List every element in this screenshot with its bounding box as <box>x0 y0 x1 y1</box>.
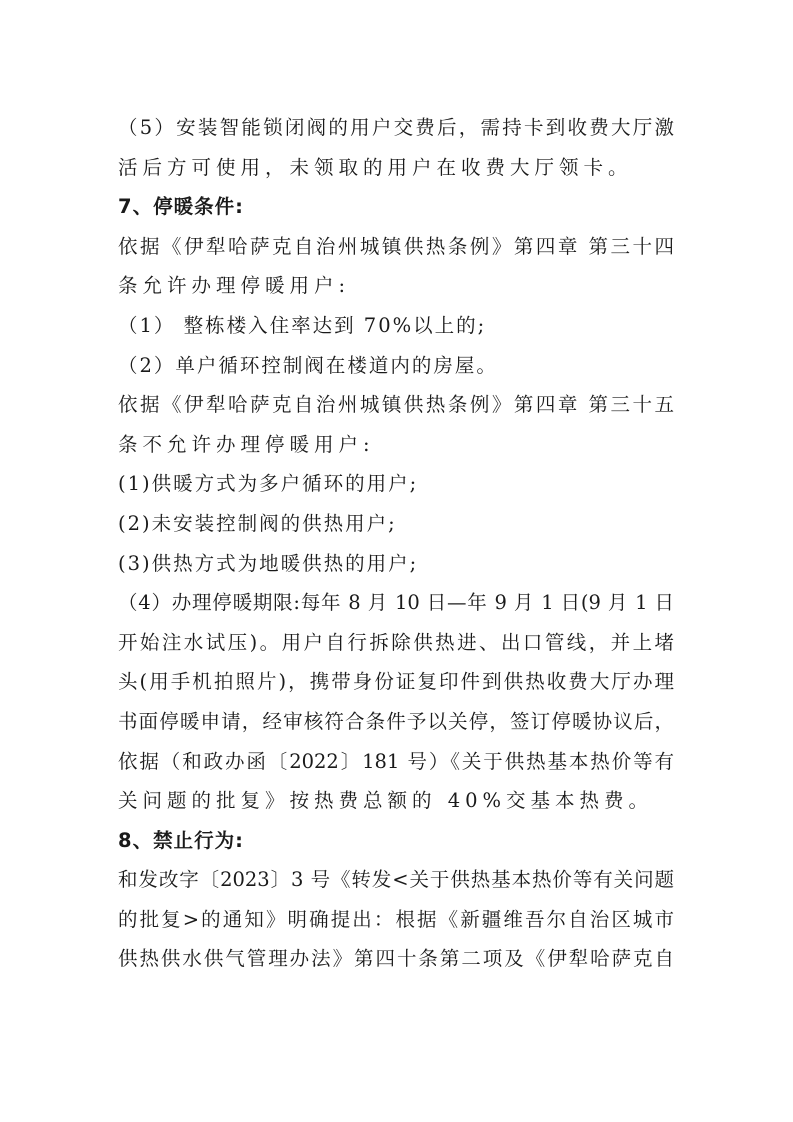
list-item: (2)未安装控制阀的供热用户; <box>118 504 674 544</box>
section-heading-heating-stop-conditions: 7、停暖条件: <box>118 187 674 227</box>
text-line: 依据（和政办函〔2022〕181 号）《关于供热基本热价等有 <box>118 742 674 782</box>
text-line: 依据《伊犁哈萨克自治州城镇供热条例》第四章 第三十五 <box>118 385 674 425</box>
text-line: 开始注水试压)。用户自行拆除供热进、出口管线，并上堵 <box>118 623 674 663</box>
text-line: 供热供水供气管理办法》第四十条第二项及《伊犁哈萨克自 <box>118 939 674 979</box>
list-item: (3)供热方式为地暖供热的用户; <box>118 544 674 584</box>
text-line: （5）安装智能锁闭阀的用户交费后，需持卡到收费大厅激 <box>118 108 674 148</box>
text-line: 条不允许办理停暖用户: <box>118 425 674 465</box>
section-heading-prohibited-behavior: 8、禁止行为: <box>118 821 674 861</box>
list-item: （1） 整栋楼入住率达到 70%以上的; <box>118 306 674 346</box>
text-line: 和发改字〔2023〕3 号《转发<关于供热基本热价等有关问题 <box>118 860 674 900</box>
list-item: （4）办理停暖期限:每年 8 月 10 日—年 9 月 1 日(9 月 1 日 <box>118 583 674 623</box>
text-line: 关问题的批复》按热费总额的 40%交基本热费。 <box>118 781 674 821</box>
document-page: （5）安装智能锁闭阀的用户交费后，需持卡到收费大厅激 活后方可使用，未领取的用户… <box>118 108 674 979</box>
text-line: 书面停暖申请，经审核符合条件予以关停，签订停暖协议后， <box>118 702 674 742</box>
text-line: 条允许办理停暖用户: <box>118 266 674 306</box>
list-item: (1)供暖方式为多户循环的用户; <box>118 464 674 504</box>
text-line: 的批复>的通知》明确提出：根据《新疆维吾尔自治区城市 <box>118 900 674 940</box>
text-line: 依据《伊犁哈萨克自治州城镇供热条例》第四章 第三十四 <box>118 227 674 267</box>
text-line: 活后方可使用，未领取的用户在收费大厅领卡。 <box>118 148 674 188</box>
list-item: （2）单户循环控制阀在楼道内的房屋。 <box>118 346 674 386</box>
text-line: 头(用手机拍照片)，携带身份证复印件到供热收费大厅办理 <box>118 662 674 702</box>
